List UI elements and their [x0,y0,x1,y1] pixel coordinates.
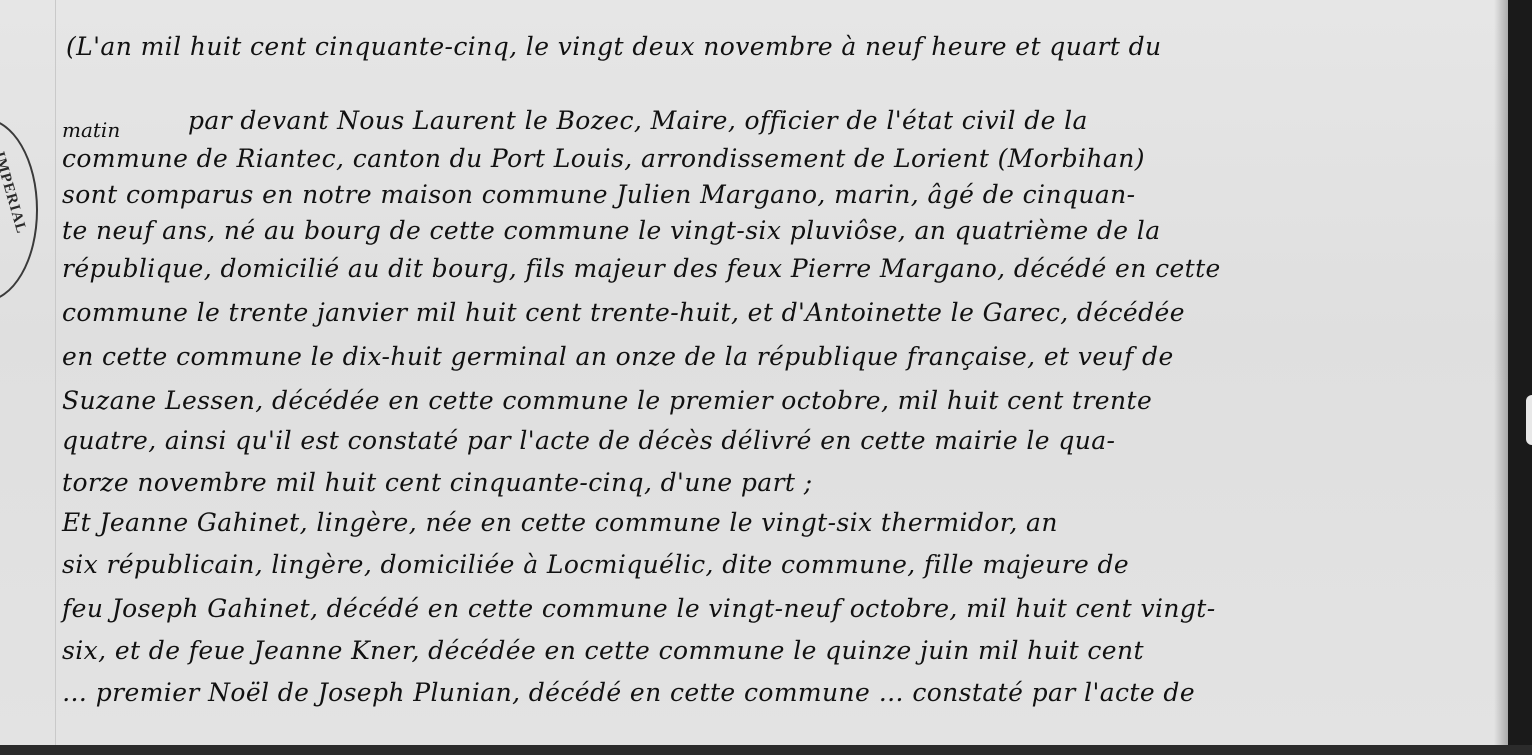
viewer-bottom-bar [0,745,1532,755]
document-line-14: feu Joseph Gahinet, décédé en cette comm… [62,592,1216,626]
document-line-16: … premier Noël de Joseph Plunian, décédé… [62,676,1195,710]
margin-note: matin [62,118,120,142]
margin-rule [55,0,56,745]
document-line-4: sont comparus en notre maison commune Ju… [62,178,1136,212]
document-line-5: te neuf ans, né au bourg de cette commun… [62,214,1161,248]
document-line-15: six, et de feue Jeanne Kner, décédée en … [62,634,1144,668]
scanned-document-page: IMPERIAL (L'an mil huit cent cinquante-c… [0,0,1508,745]
document-line-6: république, domicilié au dit bourg, fils… [62,252,1221,286]
document-line-7: commune le trente janvier mil huit cent … [62,296,1185,330]
document-line-12: Et Jeanne Gahinet, lingère, née en cette… [62,506,1058,540]
document-line-2: par devant Nous Laurent le Bozec, Maire,… [188,104,1088,138]
scroll-edge-marker [1526,395,1532,445]
document-viewer: IMPERIAL (L'an mil huit cent cinquante-c… [0,0,1532,755]
document-line-10: quatre, ainsi qu'il est constaté par l'a… [62,424,1115,458]
document-line-9: Suzane Lessen, décédée en cette commune … [62,384,1152,418]
document-line-8: en cette commune le dix-huit germinal an… [62,340,1174,374]
document-line-1: (L'an mil huit cent cinquante-cinq, le v… [66,30,1162,64]
document-line-13: six républicain, lingère, domiciliée à L… [62,548,1129,582]
document-line-11: torze novembre mil huit cent cinquante-c… [62,466,813,500]
document-line-3: commune de Riantec, canton du Port Louis… [62,142,1145,176]
